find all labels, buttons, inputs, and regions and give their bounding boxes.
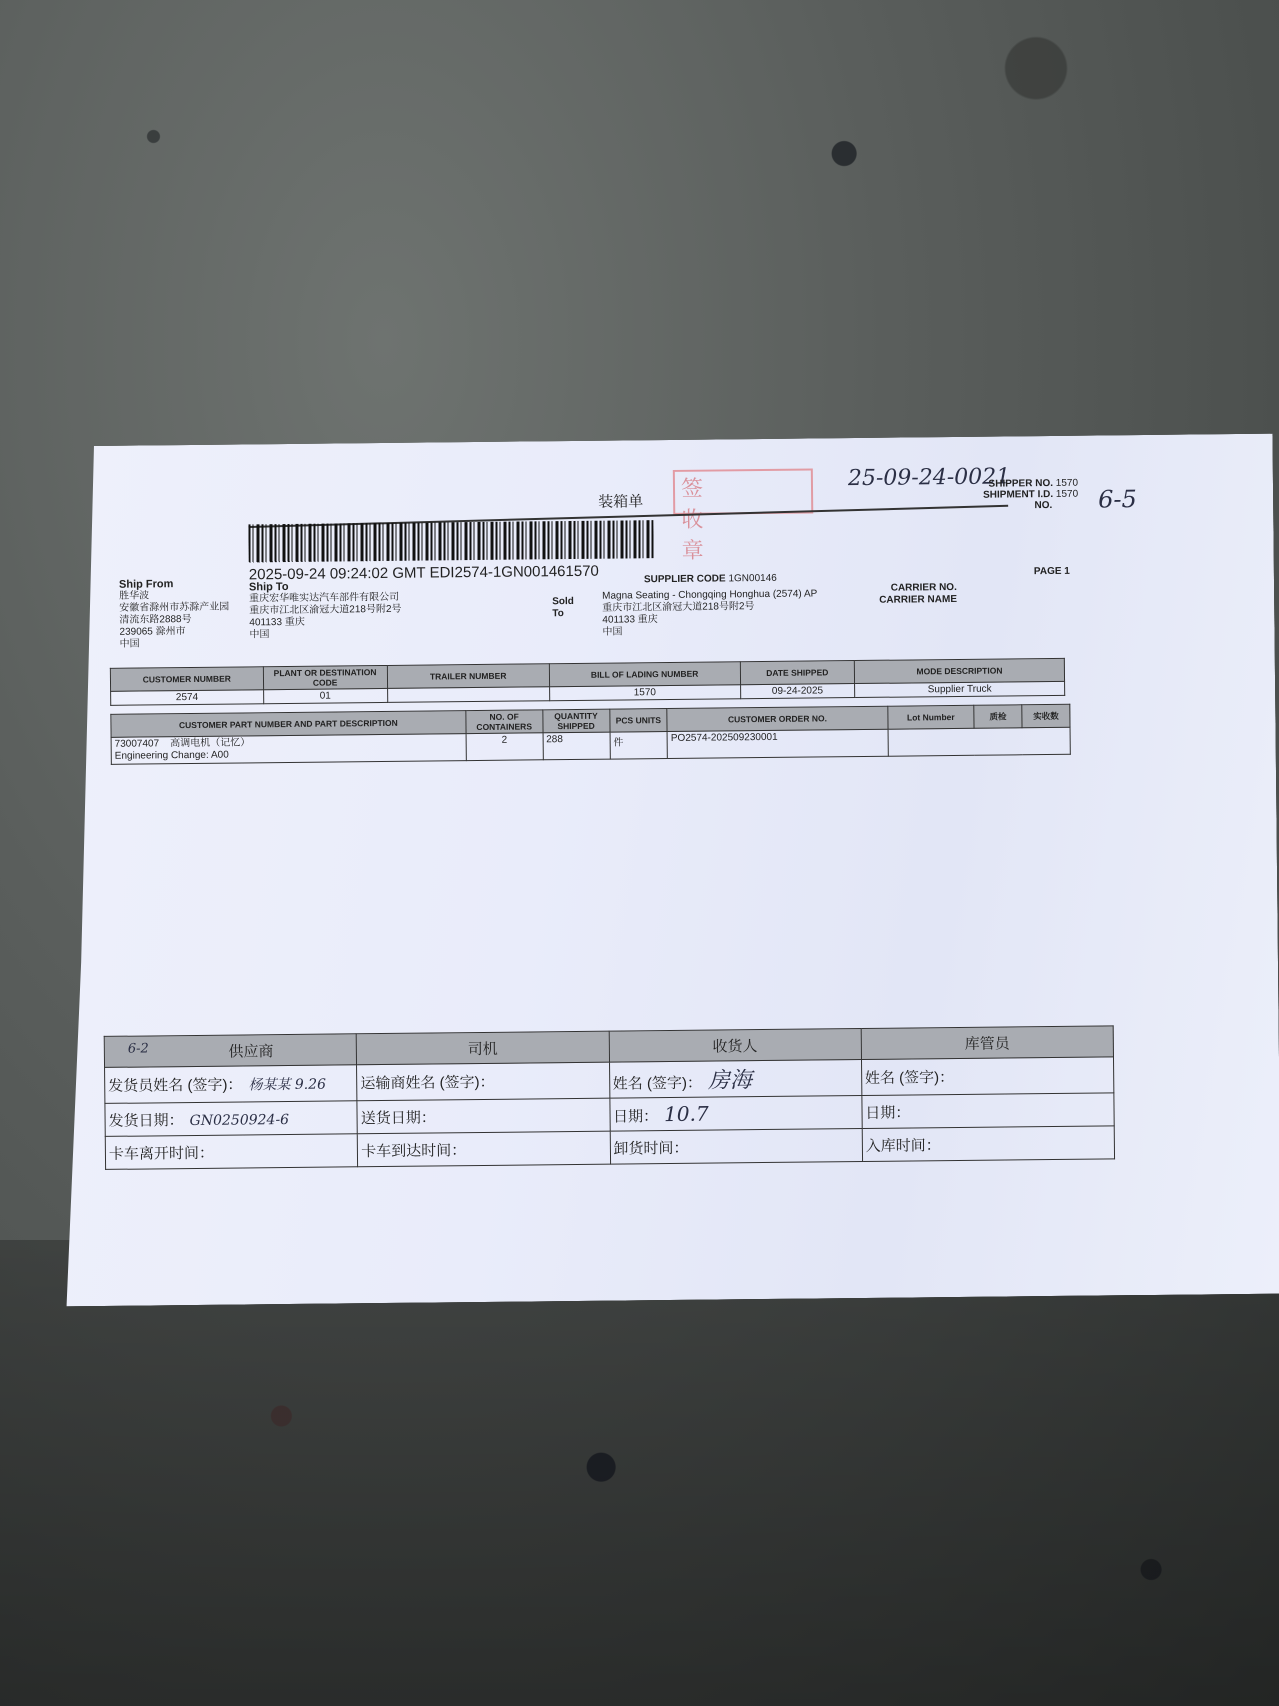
ship-to-line: 中国 bbox=[249, 628, 401, 642]
col-trailer-number: TRAILER NUMBER bbox=[387, 664, 549, 689]
packing-slip: 装箱单 签 收 章 25-09-24-0021 SHIPPER NO. 1570… bbox=[58, 434, 1279, 1307]
document-title: 装箱单 bbox=[598, 490, 643, 511]
ship-from-line: 中国 bbox=[120, 638, 230, 651]
engineering-change: Engineering Change: A00 bbox=[115, 750, 229, 762]
receive-date-value: 10.7 bbox=[664, 1102, 709, 1126]
ship-date-value: GN0250924-6 bbox=[190, 1111, 290, 1128]
shipment-id: 1570 bbox=[1056, 489, 1078, 500]
header-supplier: 6-2供应商 bbox=[104, 1034, 357, 1068]
date-shipped: 09-24-2025 bbox=[740, 684, 855, 699]
col-bill-of-lading: BILL OF LADING NUMBER bbox=[549, 662, 740, 687]
delivery-date-field[interactable]: 送货日期： bbox=[357, 1098, 610, 1134]
stock-in-time-label: 入库时间： bbox=[866, 1137, 941, 1155]
to-label: To bbox=[552, 608, 574, 620]
shipment-header-table: CUSTOMER NUMBER PLANT OR DESTINATION COD… bbox=[110, 658, 1065, 706]
handwritten-header-note: 6-2 bbox=[128, 1041, 149, 1056]
lot-qc-received bbox=[888, 727, 1070, 756]
supplier-code: 1GN00146 bbox=[728, 573, 776, 585]
keeper-name-field[interactable]: 姓名 (签字)： bbox=[861, 1057, 1114, 1096]
handwritten-corner-note: 6-5 bbox=[1098, 485, 1137, 513]
ship-to-block: Ship To 重庆宏华唯实达汽车部件有限公司 重庆市江北区渝冠大道218号附2… bbox=[249, 580, 402, 642]
signature-table: 6-2供应商 司机 收货人 库管员 发货员姓名 (签字)：杨某某 9.26 运输… bbox=[104, 1025, 1115, 1170]
supplier-code-label: SUPPLIER CODE bbox=[644, 573, 726, 585]
shipper-no-label: SHIPPER NO. bbox=[988, 478, 1053, 490]
col-date-shipped: DATE SHIPPED bbox=[740, 661, 855, 685]
shipper-name-label: 发货员姓名 (签字)： bbox=[108, 1076, 242, 1094]
sold-to-line: Magna Seating - Chongqing Honghua (2574)… bbox=[602, 588, 817, 602]
ship-date-label: 发货日期： bbox=[109, 1112, 184, 1130]
receiver-name-label: 姓名 (签字)： bbox=[613, 1075, 702, 1093]
col-quantity: QUANTITY SHIPPED bbox=[542, 709, 609, 733]
ship-from-line: 安徽省滁州市苏滁产业园 bbox=[119, 602, 229, 615]
plant-code: 01 bbox=[263, 688, 387, 703]
unload-time-field[interactable]: 卸货时间： bbox=[610, 1128, 863, 1164]
receiver-signature: 房海 bbox=[708, 1068, 752, 1093]
bill-of-lading: 1570 bbox=[549, 685, 740, 701]
mode-description: Supplier Truck bbox=[855, 681, 1065, 697]
part-description: 高调电机（记忆） bbox=[170, 737, 250, 749]
shipment-id-label: SHIPMENT I.D. bbox=[983, 489, 1053, 501]
unload-time-label: 卸货时间： bbox=[613, 1139, 688, 1157]
header-supplier-label: 供应商 bbox=[228, 1043, 273, 1060]
ship-date-field[interactable]: 发货日期：GN0250924-6 bbox=[105, 1101, 358, 1137]
sold-to-block: Magna Seating - Chongqing Honghua (2574)… bbox=[602, 588, 818, 638]
col-lot-number: Lot Number bbox=[888, 705, 975, 729]
truck-arrival-field[interactable]: 卡车到达时间： bbox=[357, 1131, 610, 1167]
keeper-date-field[interactable]: 日期： bbox=[862, 1093, 1115, 1129]
customer-number: 2574 bbox=[111, 690, 264, 706]
carrier-name-label: 运输商姓名 (签字)： bbox=[360, 1074, 494, 1092]
sold-to-label: Sold To bbox=[552, 596, 574, 620]
header-driver: 司机 bbox=[356, 1031, 609, 1065]
page-number: PAGE 1 bbox=[1034, 566, 1070, 577]
items-table: CUSTOMER PART NUMBER AND PART DESCRIPTIO… bbox=[110, 704, 1070, 765]
sold-label: Sold bbox=[552, 596, 574, 608]
truck-departure-label: 卡车离开时间： bbox=[109, 1144, 214, 1162]
no-label: NO. bbox=[983, 500, 1078, 512]
part-number: 73007407 bbox=[115, 738, 160, 749]
delivery-date-label: 送货日期： bbox=[361, 1109, 436, 1127]
ship-from-block: Ship From 胜华波 安徽省滁州市苏滁产业园 清流东路2888号 2390… bbox=[119, 578, 230, 651]
containers: 2 bbox=[466, 733, 543, 761]
shipper-no: 1570 bbox=[1056, 478, 1078, 489]
stock-in-time-field[interactable]: 入库时间： bbox=[862, 1126, 1115, 1162]
barcode bbox=[248, 520, 653, 562]
header-receiver: 收货人 bbox=[609, 1029, 862, 1063]
carrier-name-label: CARRIER NAME bbox=[879, 594, 957, 607]
part-cell: 73007407 高调电机（记忆） Engineering Change: A0… bbox=[111, 734, 466, 765]
shipper-block: SHIPPER NO. 1570 SHIPMENT I.D. 1570 NO. bbox=[983, 478, 1078, 512]
col-received: 实收数 bbox=[1022, 704, 1070, 728]
keeper-date-label: 日期： bbox=[865, 1104, 910, 1121]
col-mode-description: MODE DESCRIPTION bbox=[854, 658, 1064, 683]
carrier-no-label: CARRIER NO. bbox=[879, 582, 957, 595]
ship-to-line: 重庆市江北区渝冠大道218号附2号 bbox=[249, 604, 401, 618]
col-plant-code: PLANT OR DESTINATION CODE bbox=[263, 665, 387, 689]
shipper-signature: 杨某某 9.26 bbox=[248, 1077, 326, 1094]
receiver-name-field[interactable]: 姓名 (签字)：房海 bbox=[609, 1060, 862, 1099]
carrier-block: CARRIER NO. CARRIER NAME bbox=[879, 582, 957, 607]
receive-date-label: 日期： bbox=[613, 1108, 658, 1125]
trailer-number bbox=[387, 687, 549, 703]
sold-to-line: 中国 bbox=[602, 624, 817, 638]
col-containers: NO. OF CONTAINERS bbox=[466, 710, 543, 734]
truck-departure-field[interactable]: 卡车离开时间： bbox=[105, 1134, 358, 1170]
receive-date-field[interactable]: 日期：10.7 bbox=[609, 1096, 862, 1132]
header-warehouse-keeper: 库管员 bbox=[861, 1026, 1114, 1060]
col-qc: 质检 bbox=[974, 705, 1022, 729]
units: 件 bbox=[610, 732, 668, 760]
quantity: 288 bbox=[543, 732, 610, 760]
supplier-code-row: SUPPLIER CODE 1GN00146 bbox=[644, 573, 777, 585]
truck-arrival-label: 卡车到达时间： bbox=[361, 1142, 466, 1160]
col-units: PCS UNITS bbox=[609, 709, 667, 733]
received-stamp: 签 收 章 bbox=[673, 468, 813, 514]
shipper-name-field[interactable]: 发货员姓名 (签字)：杨某某 9.26 bbox=[105, 1065, 358, 1104]
keeper-name-label: 姓名 (签字)： bbox=[865, 1069, 954, 1087]
order-no: PO2574-202509230001 bbox=[667, 729, 888, 758]
col-customer-number: CUSTOMER NUMBER bbox=[110, 667, 263, 692]
col-order-no: CUSTOMER ORDER NO. bbox=[667, 706, 888, 731]
carrier-name-field[interactable]: 运输商姓名 (签字)： bbox=[357, 1062, 610, 1101]
